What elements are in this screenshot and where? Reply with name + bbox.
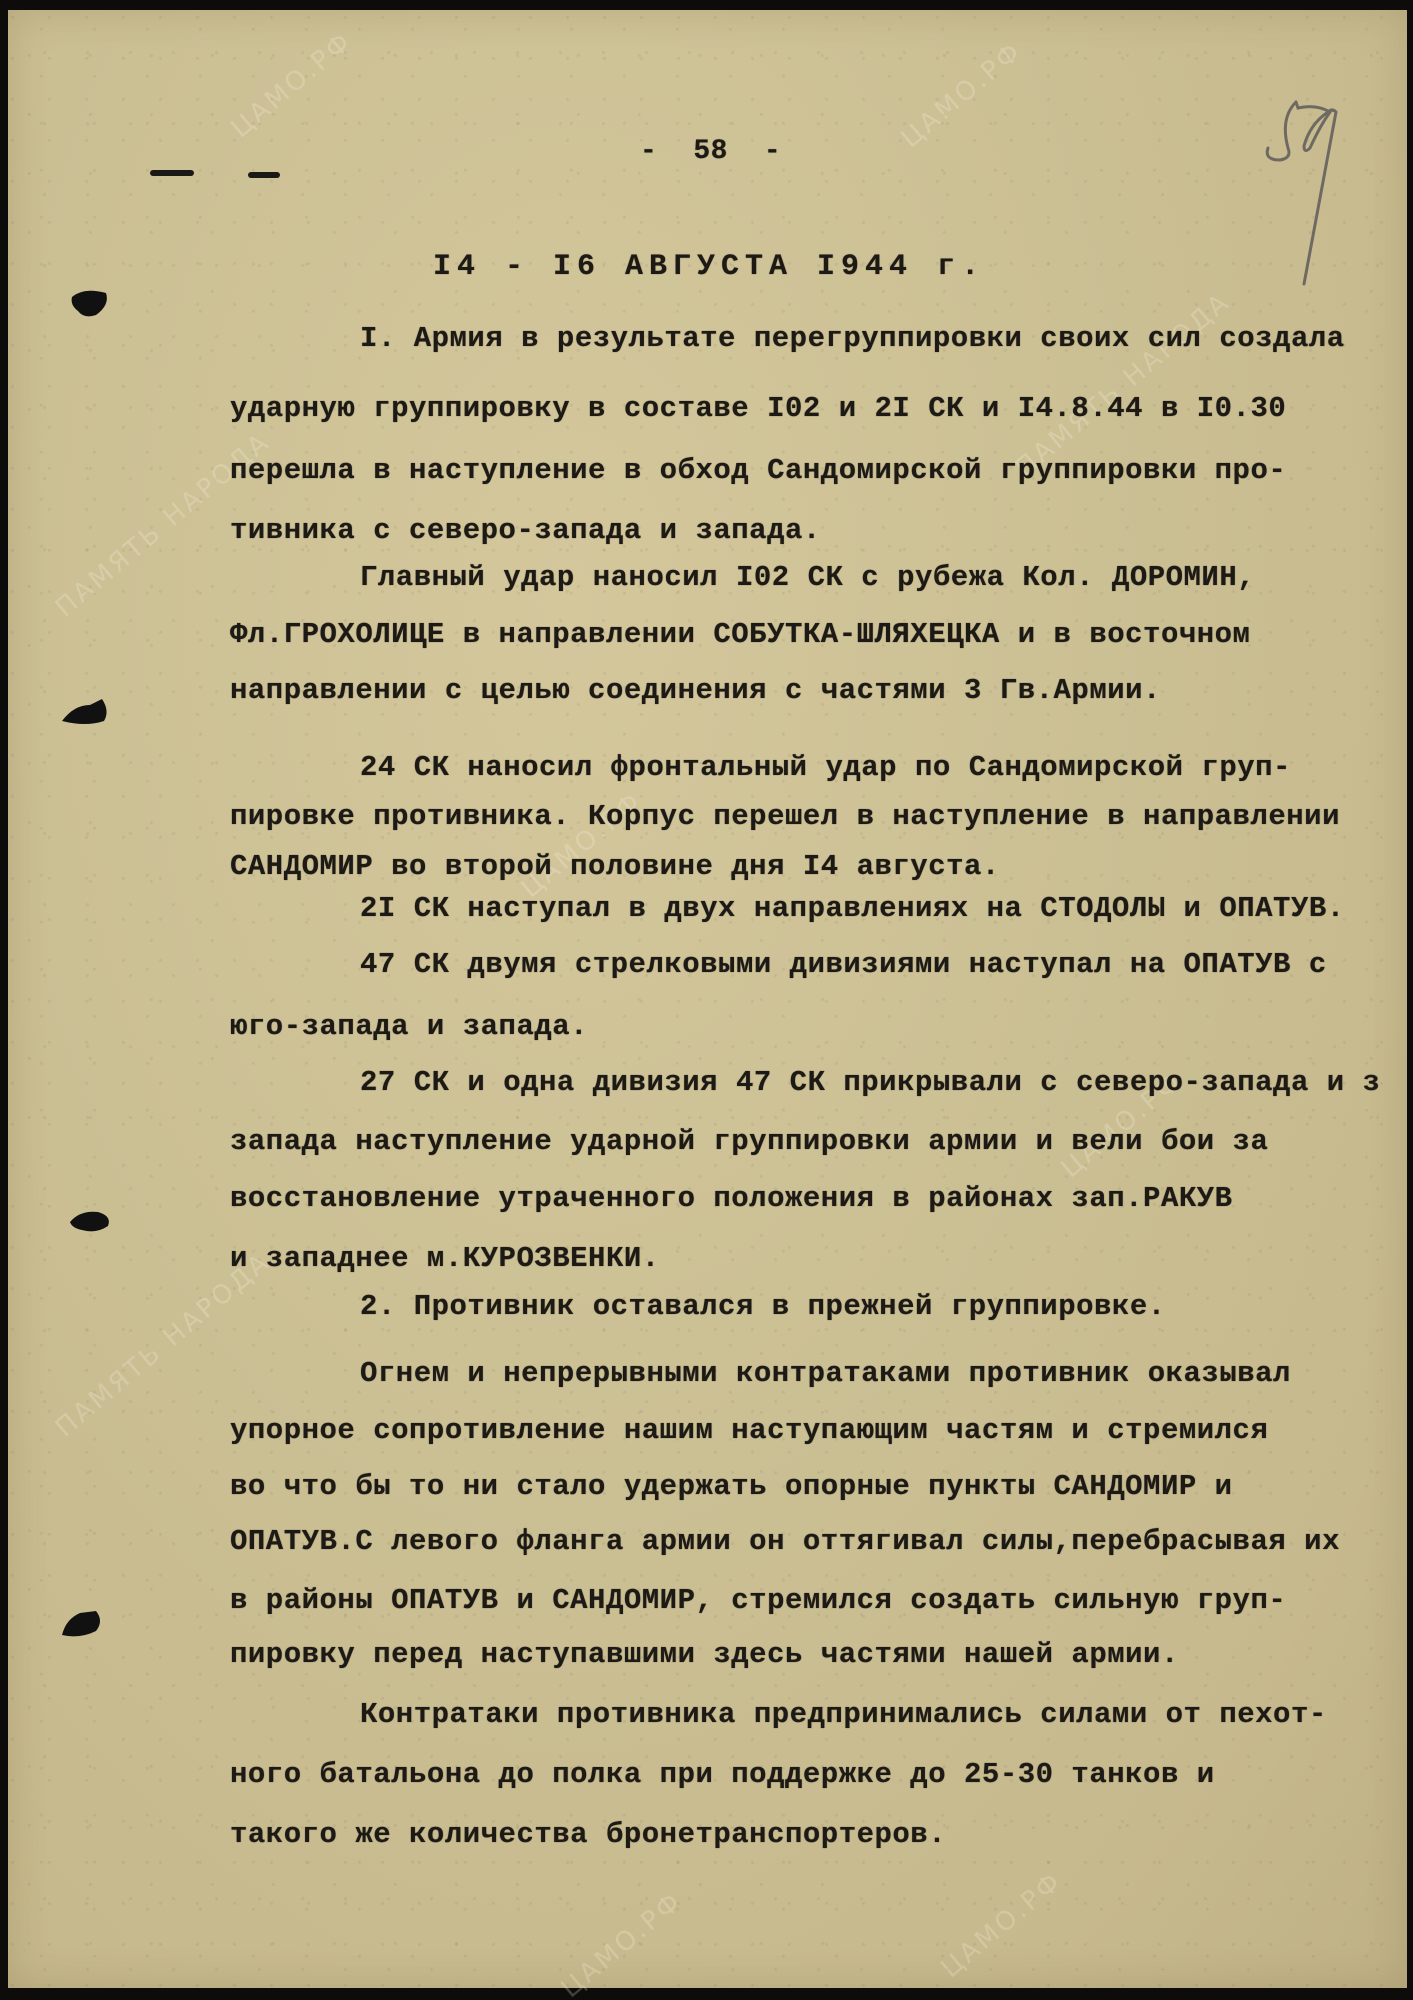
watermark: ЦАМО.РФ [936,1866,1069,1984]
watermark: ЦАМО.РФ [896,36,1029,154]
text-line: 24 СК наносил фронтальный удар по Сандом… [360,751,1291,784]
page-number-value: 58 [693,136,728,167]
text-line: в районы ОПАТУВ и САНДОМИР, стремился со… [230,1584,1286,1617]
text-line: 2I СК наступал в двух направлениях на СТ… [360,892,1345,925]
text-line: ного батальона до полка при поддержке до… [230,1758,1215,1791]
text-line: перешла в наступление в обход Сандомирск… [230,454,1286,487]
text-line: САНДОМИР во второй половине дня I4 авгус… [230,850,1000,883]
text-line: Фл.ГРОХОЛИЦЕ в направлении СОБУТКА-ШЛЯХЕ… [230,618,1250,651]
handwritten-folio-number [1258,98,1348,288]
text-line: и западнее м.КУРОЗВЕНКИ. [230,1242,660,1275]
text-line: упорное сопротивление нашим наступающим … [230,1414,1268,1447]
text-line: I. Армия в результате перегруппировки св… [360,322,1345,355]
punch-hole-icon [66,1206,116,1240]
text-line: тивника с северо-запада и запада. [230,514,821,547]
text-line: пировке противника. Корпус перешел в нас… [230,800,1340,833]
text-line: 27 СК и одна дивизия 47 СК прикрывали с … [360,1066,1380,1099]
text-line: Контратаки противника предпринимались си… [360,1698,1327,1731]
text-line: запада наступление ударной группировки а… [230,1125,1268,1158]
text-line: направлении с целью соединения с частями… [230,674,1161,707]
ink-mark [150,170,194,176]
text-line: Главный удар наносил I02 СК с рубежа Кол… [360,561,1255,594]
punch-hole-icon [66,285,116,325]
watermark: ЦАМО.РФ [556,1886,689,2000]
text-line: Огнем и непрерывными контратаками против… [360,1357,1291,1390]
text-line: восстановление утраченного положения в р… [230,1182,1233,1215]
text-line: 2. Противник оставался в прежней группир… [360,1290,1166,1323]
text-line: во что бы то ни стало удержать опорные п… [230,1470,1233,1503]
text-line: такого же количества бронетранспортеров. [230,1818,946,1851]
page-number-dash: - [764,136,781,167]
punch-hole-icon [60,695,114,729]
text-line: 47 СК двумя стрелковыми дивизиями наступ… [360,948,1327,981]
page-number-dash: - [640,136,657,167]
document-heading: I4 - I6 АВГУСТА I944 г. [433,250,985,284]
punch-hole-icon [58,1605,108,1645]
page-number: -58- [604,136,817,167]
text-line: юго-запада и запада. [230,1010,588,1043]
text-line: ударную группировку в составе I02 и 2I С… [230,392,1286,425]
document-page: ЦАМО.РФ ЦАМО.РФ ПАМЯТЬ НАРОДА ПАМЯТЬ НАР… [8,10,1407,1988]
text-line: пировку перед наступавшими здесь частями… [230,1638,1179,1671]
ink-mark [248,172,280,178]
text-line: ОПАТУВ.С левого фланга армии он оттягива… [230,1525,1340,1558]
watermark: ЦАМО.РФ [226,26,359,144]
